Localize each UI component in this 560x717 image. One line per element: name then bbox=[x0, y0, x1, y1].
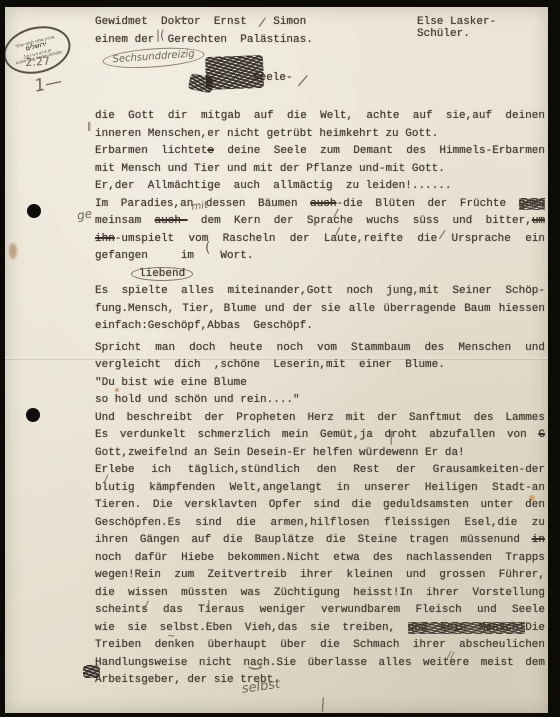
typed-line: liebend bbox=[95, 266, 545, 284]
typed-line: die Gott dir mitgab auf die Welt, achte … bbox=[95, 108, 545, 126]
typed-line: Arbeitsgeber, der sie trebt. bbox=[95, 672, 545, 690]
archive-stamp: ארכיון אלזה לסקר-שילר ירושלים Jerusalem … bbox=[5, 19, 76, 80]
typed-line: Im Paradies,an dessen Bäumen auch-die Bl… bbox=[95, 196, 545, 214]
typed-line: inneren Menschen,er nicht getrübt heimke… bbox=[95, 126, 545, 144]
typed-line: Erlebe ich täglich,stündlich den Rest de… bbox=[95, 462, 545, 480]
typed-line: Tieren. Die versklavten Opfer sind die g… bbox=[95, 497, 545, 515]
typed-line: so hold und schön und rein...." bbox=[95, 392, 545, 410]
manuscript-photo: { "page": { "background": "#0c0b08", "pa… bbox=[0, 0, 560, 717]
typed-line: vergleicht dich ,schöne Leserin,mit eine… bbox=[95, 357, 545, 375]
typed-line: wegen!Rein zum Zeitvertreib ihrer kleine… bbox=[95, 567, 545, 585]
pencil-insert-ge: ge bbox=[76, 207, 93, 221]
typed-line: meinsam auch- dem Kern der Sprache wuchs… bbox=[95, 213, 545, 231]
page-title: Seele- bbox=[253, 72, 293, 84]
pencil-margin-mark: ‖ bbox=[87, 123, 92, 132]
typed-line: Treiben denken überhaupt über die Schmac… bbox=[95, 637, 545, 655]
punch-hole-bottom bbox=[26, 408, 40, 422]
author-name: Else Lasker-Schüler. bbox=[417, 16, 548, 40]
typed-line: "Du bist wie eine Blume bbox=[95, 375, 545, 393]
typed-line: Und beschreibt der Propheten Herz mit de… bbox=[95, 410, 545, 428]
pencil-stroke-bottom: | bbox=[320, 697, 326, 711]
dedication-line-2: einem der Gerechten Palästinas. bbox=[95, 34, 313, 46]
pencil-scribble-blob-tail bbox=[188, 73, 215, 94]
typed-line: Gott,zweifelnd an Sein Desein-Er helfen … bbox=[95, 445, 545, 463]
typed-line: die wissen müssten was Züchtigung heisst… bbox=[95, 585, 545, 603]
pencil-slash-after-title: / bbox=[298, 73, 307, 89]
dedication-line-1: Gewidmet Doktor Ernst Simon bbox=[95, 16, 306, 28]
typed-line: Geschöpfen.Es sind die armen,hilflosen f… bbox=[95, 515, 545, 533]
typed-line: fung.Mensch, Tier, Blume und der sie all… bbox=[95, 301, 545, 319]
typed-line: Handlungsweise nicht nach.Sie überlasse … bbox=[95, 655, 545, 673]
typed-line: Es spielte alles miteinander,Gott noch j… bbox=[95, 283, 545, 301]
paper-stain bbox=[9, 243, 17, 259]
typed-line: Es verdunkelt schmerzlich mein Gemüt,ja … bbox=[95, 427, 545, 445]
typed-line: ihn-umspielt vom Rascheln der Laute,reif… bbox=[95, 231, 545, 249]
typed-line: Er,der Allmächtige auch allmäctig zu lei… bbox=[95, 178, 545, 196]
typed-line: Spricht man doch heute noch vom Stammbau… bbox=[95, 340, 545, 358]
typed-line: wie sie selbst.Eben Vieh,das sie treiben… bbox=[95, 620, 545, 638]
archive-stamp-oval: ארכיון אלזה לסקר-שילר ירושלים Jerusalem … bbox=[5, 19, 76, 80]
body-lines: die Gott dir mitgab auf die Welt, achte … bbox=[95, 108, 545, 690]
typed-line: ihren Gängen auf die Bauplätze die Stein… bbox=[95, 532, 545, 550]
typed-line: Erbarmen lichtete deine Seele zum Demant… bbox=[95, 143, 545, 161]
punch-hole-top bbox=[27, 204, 41, 218]
handwritten-number-one: 1— bbox=[33, 73, 64, 95]
typed-line: gefangen im Wort. bbox=[95, 248, 545, 266]
typed-line: einfach:Geschöpf,Abbas Geschöpf. bbox=[95, 318, 545, 336]
manuscript-paper: ארכיון אלזה לסקר-שילר ירושלים Jerusalem … bbox=[5, 7, 548, 713]
typed-line: blutig kämpfenden Welt,angelangt in unse… bbox=[95, 480, 545, 498]
typed-line: mit Mensch und Tier und mit der Pflanze … bbox=[95, 161, 545, 179]
handwritten-circled-count: Sechsunddreizig bbox=[102, 45, 205, 71]
typed-line: noch dafür Hiebe bekommen.Nicht etwa des… bbox=[95, 550, 545, 568]
typed-line: scheints das Tieraus weniger verwundbare… bbox=[95, 602, 545, 620]
